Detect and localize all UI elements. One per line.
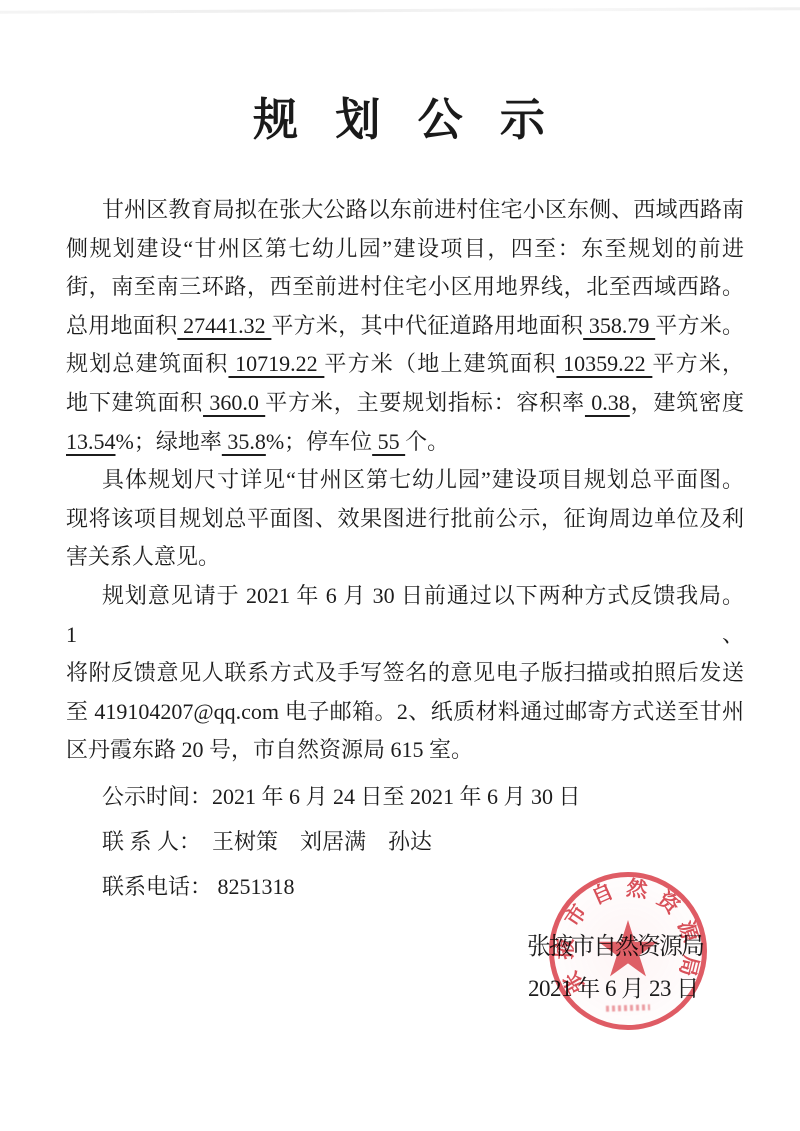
body-line-1: 甘州区教育局拟在张大公路以东前进村住宅小区东侧、西域西路南: [66, 191, 744, 230]
official-seal: 张掖市自然资源局: [549, 872, 707, 1030]
document-page: 规 划 公 示 甘州区教育局拟在张大公路以东前进村住宅小区东侧、西域西路南 侧规…: [0, 0, 800, 1131]
body-line-10: 害关系人意见。: [66, 538, 744, 577]
scan-artifact-line: [0, 7, 800, 13]
body-line-8: 具体规划尺寸详见“甘州区第七幼儿园”建设项目规划总平面图。: [66, 461, 744, 500]
body-line-7: 13.54%；绿地率 35.8%；停车位 55 个。: [66, 423, 744, 462]
body-line-6: 地下建筑面积 360.0 平方米，主要规划指标：容积率 0.38，建筑密度: [66, 384, 744, 423]
document-body: 甘州区教育局拟在张大公路以东前进村住宅小区东侧、西域西路南 侧规划建设“甘州区第…: [66, 191, 744, 770]
body-line-3: 街，南至南三环路，西至前进村住宅小区用地界线，北至西域西路。: [66, 268, 744, 307]
body-line-14: 区丹霞东路 20 号，市自然资源局 615 室。: [66, 731, 744, 770]
body-line-5: 规划总建筑面积 10719.22 平方米（地上建筑面积 10359.22 平方米…: [66, 345, 744, 384]
contact-person-line: 联 系 人： 王树策 刘居满 孙达: [102, 819, 744, 864]
publicity-period-line: 公示时间：2021 年 6 月 24 日至 2021 年 6 月 30 日: [102, 774, 744, 819]
body-line-4: 总用地面积 27441.32 平方米，其中代征道路用地面积 358.79 平方米…: [66, 307, 744, 346]
body-line-13: 至 419104207@qq.com 电子邮箱。2、纸质材料通过邮寄方式送至甘州: [66, 693, 744, 732]
body-line-12: 将附反馈意见人联系方式及手写签名的意见电子版扫描或拍照后发送: [66, 654, 744, 693]
body-line-9: 现将该项目规划总平面图、效果图进行批前公示，征询周边单位及利: [66, 500, 744, 539]
body-line-11: 规划意见请于 2021 年 6 月 30 日前通过以下两种方式反馈我局。1、: [66, 577, 744, 654]
page-title: 规 划 公 示: [0, 94, 800, 146]
body-line-2: 侧规划建设“甘州区第七幼儿园”建设项目，四至：东至规划的前进: [66, 230, 744, 269]
